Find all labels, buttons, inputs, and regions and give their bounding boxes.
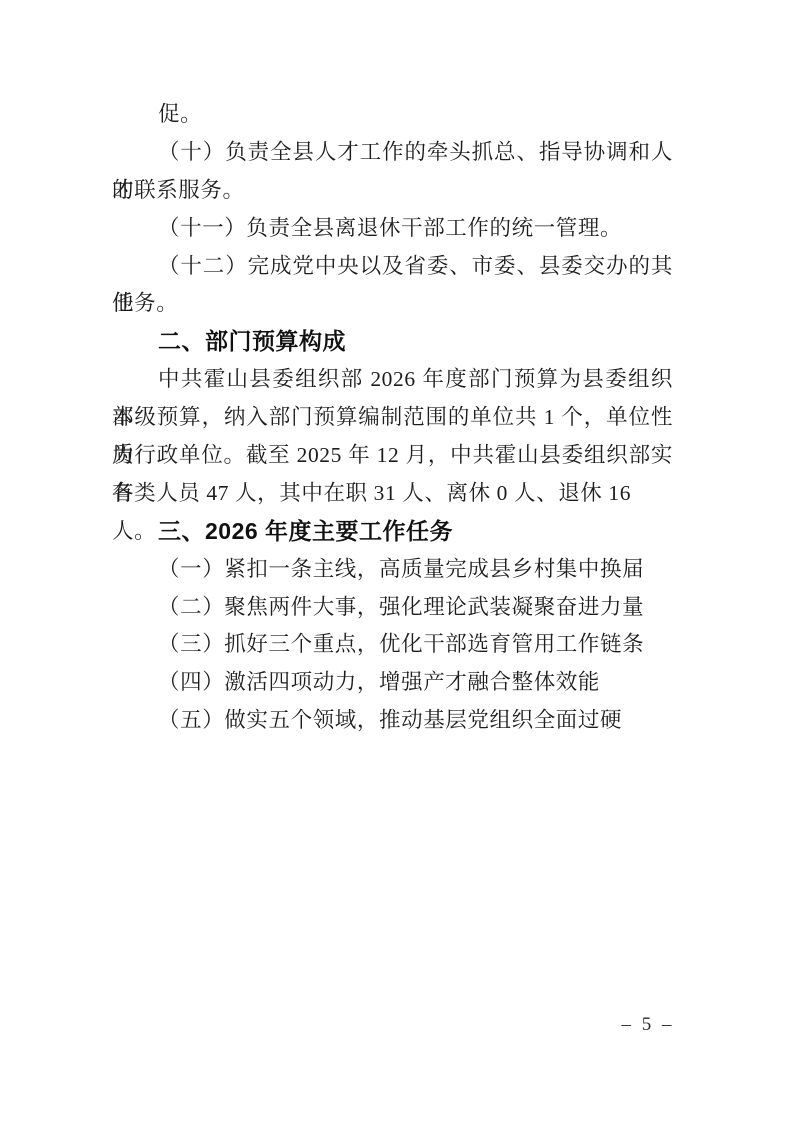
- paragraph-line: （十）负责全县人才工作的牵头抓总、指导协调和人才: [112, 134, 673, 172]
- paragraph-line: 促。: [112, 96, 673, 134]
- paragraph-line: （十二）完成党中央以及省委、市委、县委交办的其他: [112, 248, 673, 286]
- work-task-item-1: （一）紧扣一条主线，高质量完成县乡村集中换届: [112, 551, 673, 589]
- paragraph-line: 中共霍山县委组织部 2026 年度部门预算为县委组织部: [112, 361, 673, 399]
- page-number: – 5 –: [608, 1014, 688, 1036]
- work-task-item-3: （三）抓好三个重点，优化干部选育管用工作链条: [112, 626, 673, 664]
- section-heading-work-tasks: 三、2026 年度主要工作任务: [112, 513, 673, 551]
- paragraph-line: 为行政单位。截至 2025 年 12 月，中共霍山县委组织部实有: [112, 437, 673, 475]
- document-page: 促。 （十）负责全县人才工作的牵头抓总、指导协调和人才 的联系服务。 （十一）负…: [0, 0, 793, 1122]
- paragraph-line: 本级预算，纳入部门预算编制范围的单位共 1 个，单位性质: [112, 399, 673, 437]
- document-body: 促。 （十）负责全县人才工作的牵头抓总、指导协调和人才 的联系服务。 （十一）负…: [112, 96, 673, 740]
- section-heading-budget-composition: 二、部门预算构成: [112, 323, 673, 361]
- paragraph-line: 任务。: [112, 285, 673, 323]
- paragraph-line: 的联系服务。: [112, 172, 673, 210]
- paragraph-line: 各类人员 47 人，其中在职 31 人、离休 0 人、退休 16 人。: [112, 475, 673, 513]
- work-task-item-4: （四）激活四项动力，增强产才融合整体效能: [112, 664, 673, 702]
- work-task-item-5: （五）做实五个领域，推动基层党组织全面过硬: [112, 702, 673, 740]
- work-task-item-2: （二）聚焦两件大事，强化理论武装凝聚奋进力量: [112, 589, 673, 627]
- paragraph-line: （十一）负责全县离退休干部工作的统一管理。: [112, 210, 673, 248]
